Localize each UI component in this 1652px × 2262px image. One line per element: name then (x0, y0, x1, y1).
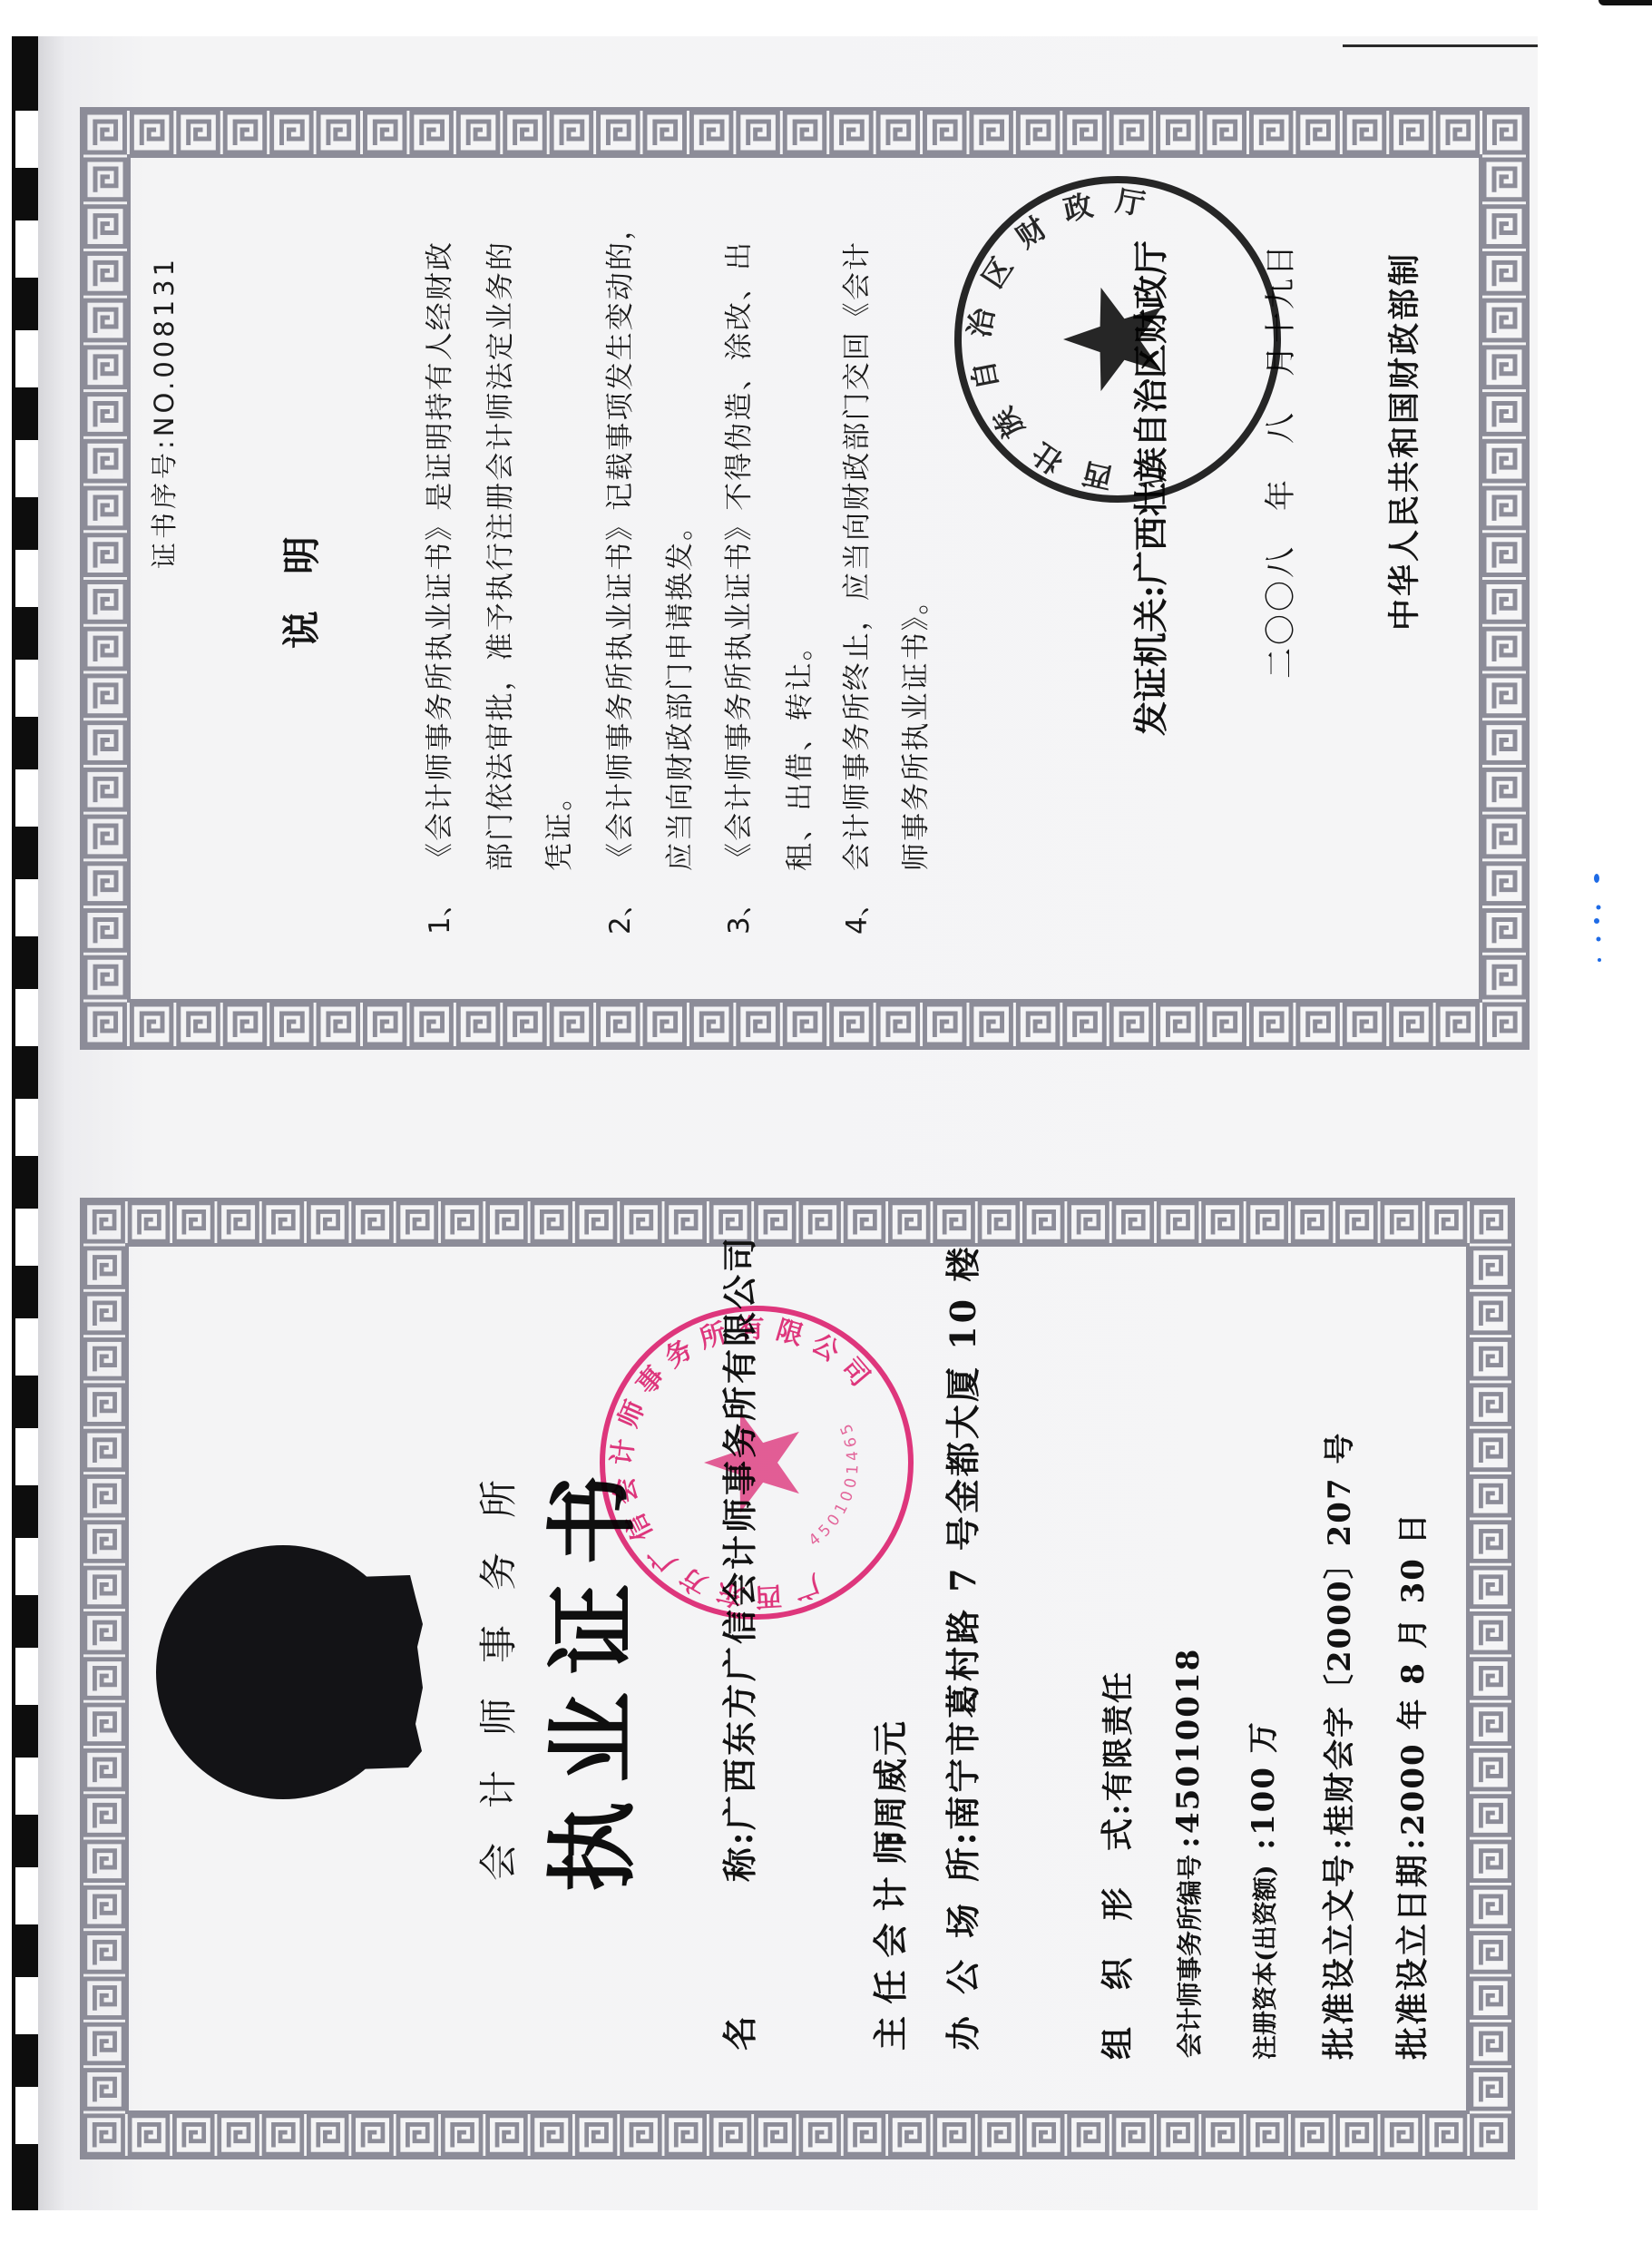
star-icon (1063, 288, 1162, 391)
seal-layer: 广西壮族自治区财政厅 广西东方广信会计师事务所有限公司 4501001465 (0, 0, 1652, 2262)
firm-seal-stamp: 广西东方广信会计师事务所有限公司 4501001465 (602, 1308, 911, 1617)
star-icon (704, 1413, 799, 1513)
issuer-seal-stamp: 广西壮族自治区财政厅 (958, 180, 1277, 499)
firm-seal-code: 4501001465 (806, 1417, 863, 1551)
